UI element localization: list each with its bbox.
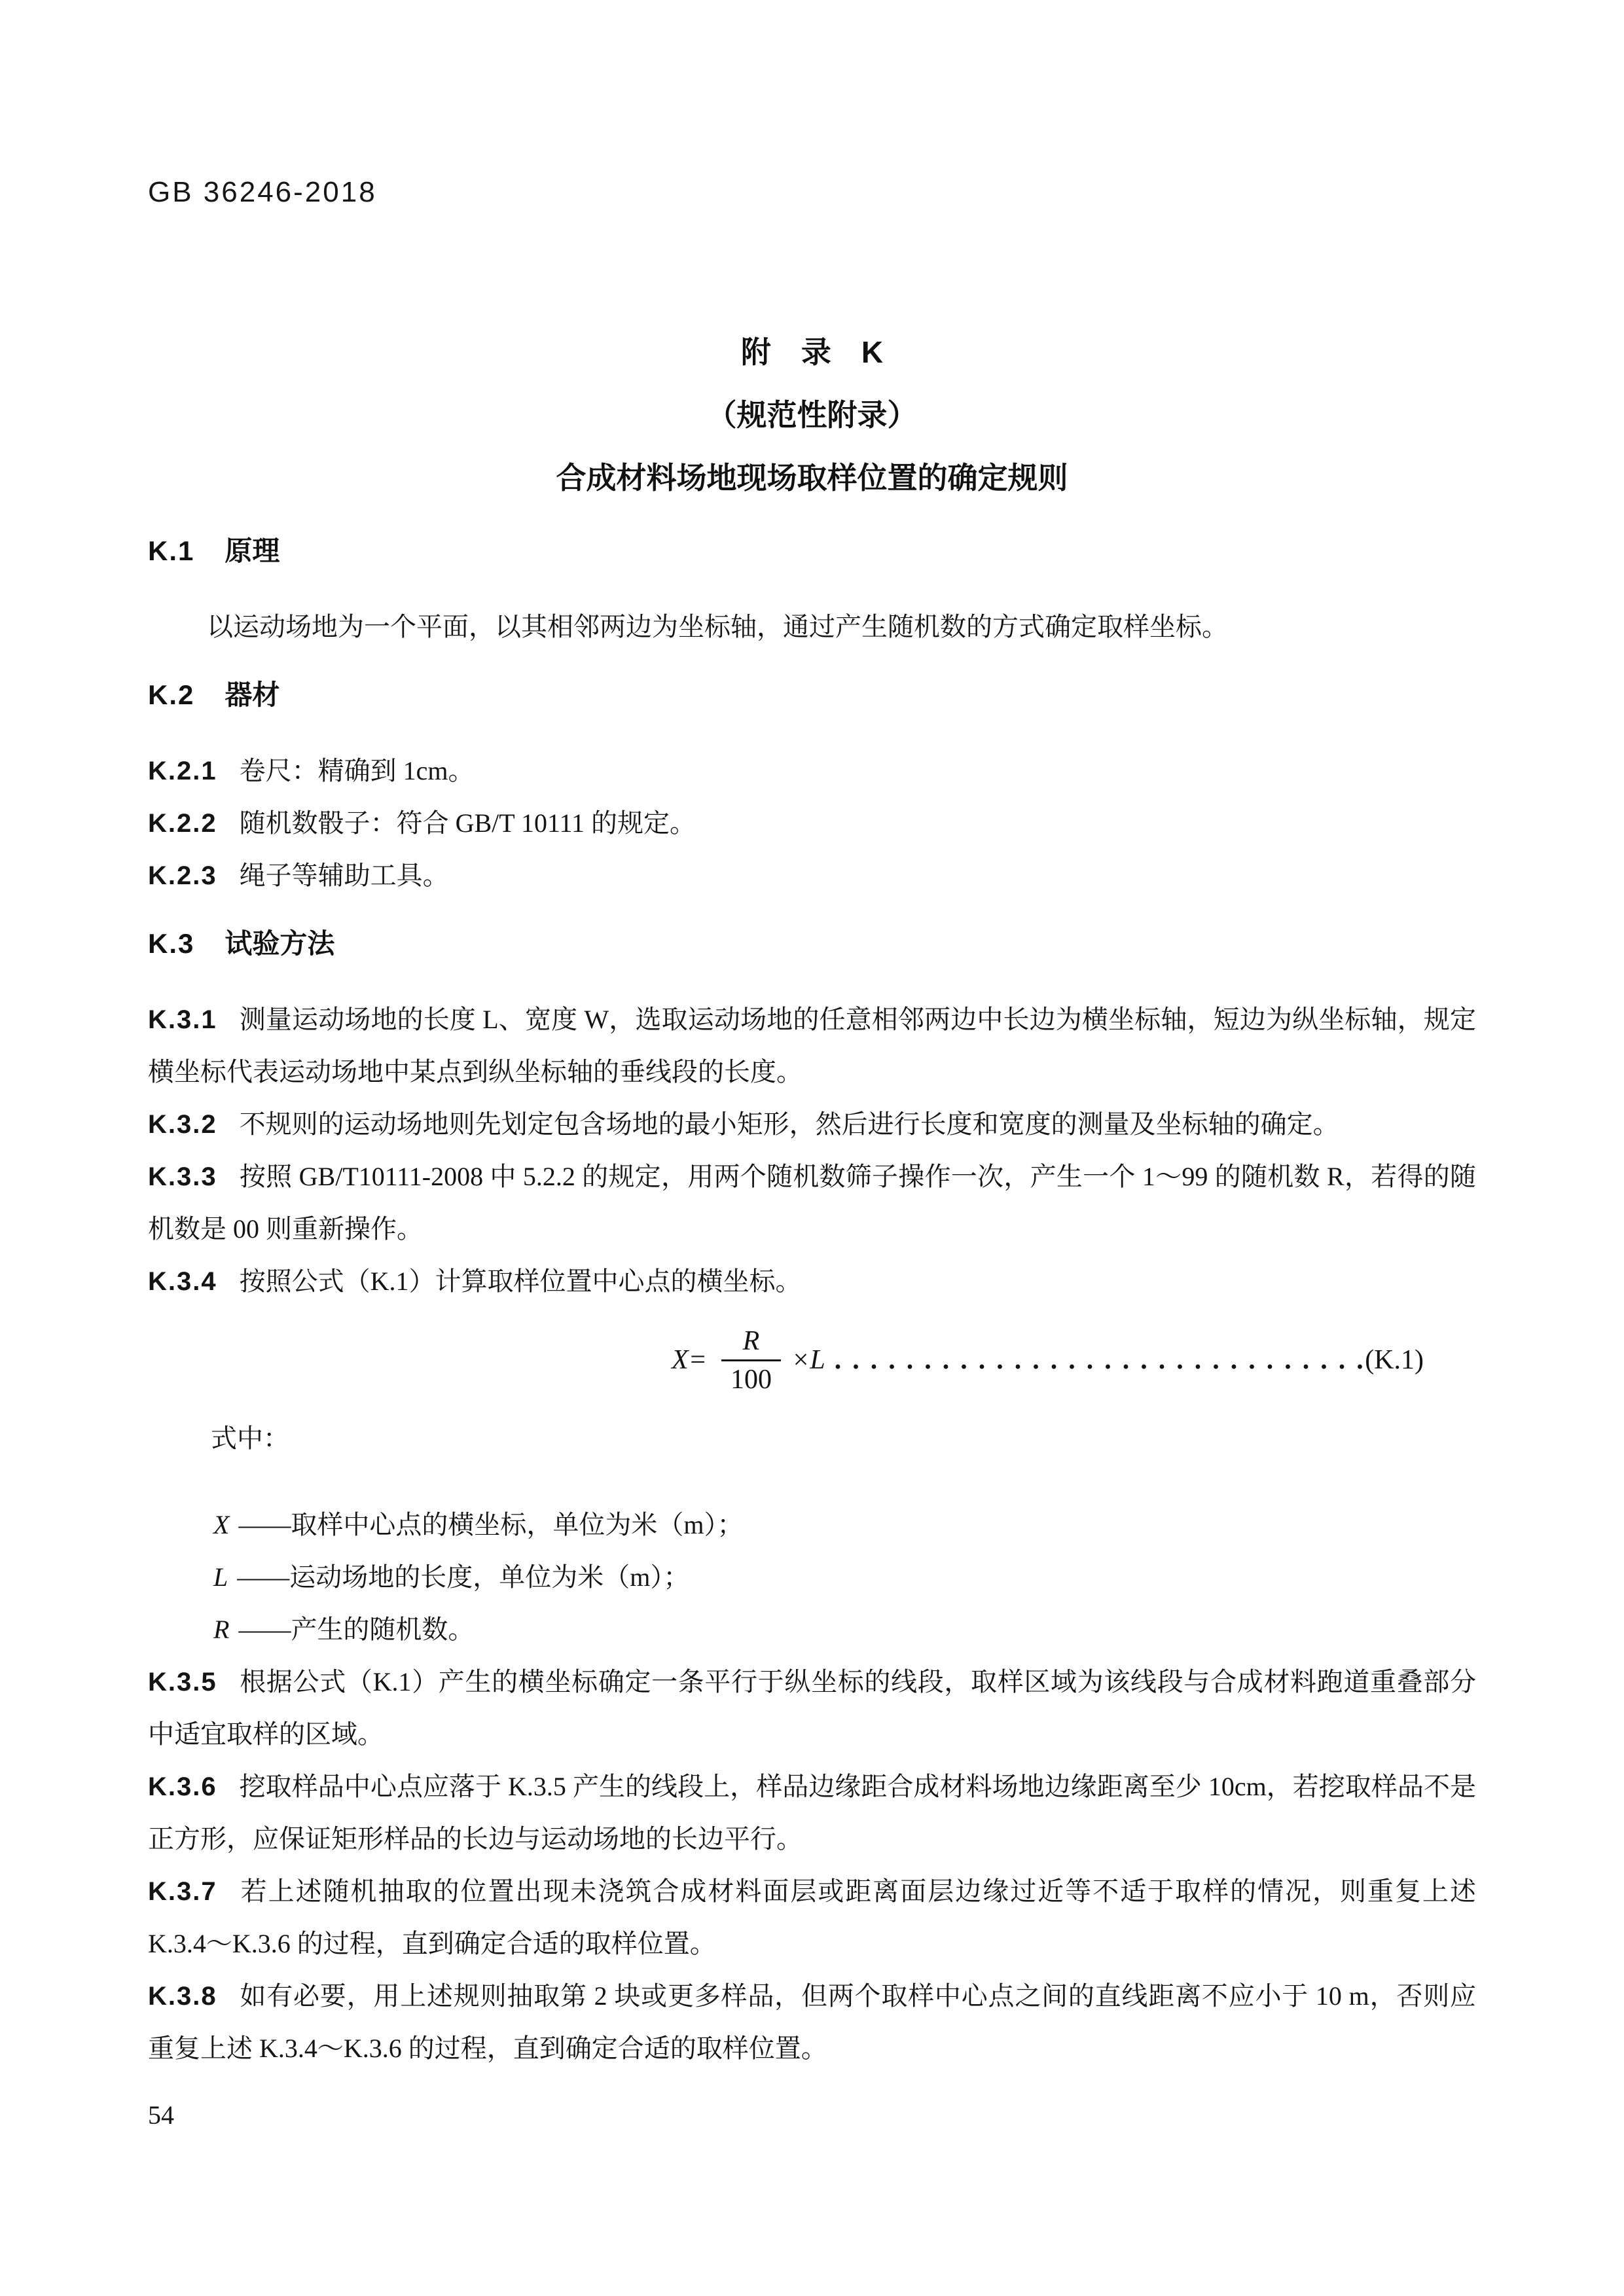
clause-number: K.3.5 xyxy=(148,1668,217,1696)
formula-numerator: R xyxy=(734,1323,769,1359)
section-title: 原理 xyxy=(225,535,280,566)
section-number: K.3 xyxy=(148,928,194,959)
formula-fraction: R 100 xyxy=(721,1323,781,1398)
page-number: 54 xyxy=(148,2098,1476,2132)
clause-text: 按照公式（K.1）计算取样位置中心点的横坐标。 xyxy=(240,1266,802,1296)
clause-number: K.3.8 xyxy=(148,1982,217,2011)
section-heading-k2: K.2器材 xyxy=(148,677,1476,713)
standard-code: GB 36246-2018 xyxy=(148,175,1476,209)
clause-number: K.3.3 xyxy=(148,1162,217,1191)
clause-k32: K.3.2不规则的运动场地则先划定包含场地的最小矩形，然后进行长度和宽度的测量及… xyxy=(148,1098,1476,1151)
clause-k1-paragraph: 以运动场地为一个平面，以其相邻两边为坐标轴，通过产生随机数的方式确定取样坐标。 xyxy=(148,601,1476,653)
clause-k33: K.3.3按照 GB/T10111-2008 中 5.2.2 的规定，用两个随机… xyxy=(148,1151,1476,1255)
clause-k31: K.3.1测量运动场地的长度 L、宽度 W，选取运动场地的任意相邻两边中长边为横… xyxy=(148,994,1476,1098)
variable-definition-r: R——产生的随机数。 xyxy=(148,1604,1476,1656)
clause-text: 测量运动场地的长度 L、宽度 W，选取运动场地的任意相邻两边中长边为横坐标轴，短… xyxy=(148,1005,1476,1086)
clause-number: K.3.7 xyxy=(148,1877,217,1906)
document-page: GB 36246-2018 附 录 K （规范性附录） 合成材料场地现场取样位置… xyxy=(0,0,1624,2296)
clause-number: K.2.3 xyxy=(148,861,217,890)
section-title: 试验方法 xyxy=(225,928,334,959)
clause-text: 以运动场地为一个平面，以其相邻两边为坐标轴，通过产生随机数的方式确定取样坐标。 xyxy=(207,612,1228,641)
clause-k37: K.3.7若上述随机抽取的位置出现未浇筑合成材料面层或距离面层边缘过近等不适于取… xyxy=(148,1865,1476,1970)
clause-text: 绳子等辅助工具。 xyxy=(240,861,449,890)
clause-k22: K.2.2随机数骰子：符合 GB/T 10111 的规定。 xyxy=(148,797,1476,850)
appendix-heading: 附 录 K xyxy=(148,321,1476,384)
appendix-title-block: 附 录 K （规范性附录） 合成材料场地现场取样位置的确定规则 xyxy=(148,321,1476,509)
variable-symbol: L xyxy=(213,1562,228,1592)
variable-description: ——取样中心点的横坐标，单位为米（m）； xyxy=(238,1510,743,1539)
clause-number: K.3.4 xyxy=(148,1267,217,1296)
appendix-type: （规范性附录） xyxy=(148,384,1476,446)
formula-multiplier: ×L xyxy=(791,1344,825,1376)
clause-text: 若上述随机抽取的位置出现未浇筑合成材料面层或距离面层边缘过近等不适于取样的情况，… xyxy=(148,1876,1476,1958)
variable-definition-l: L——运动场地的长度，单位为米（m）； xyxy=(148,1551,1476,1604)
clause-k38: K.3.8如有必要，用上述规则抽取第 2 块或更多样品，但两个取样中心点之间的直… xyxy=(148,1970,1476,2075)
clause-text: 卷尺：精确到 1cm。 xyxy=(240,756,475,785)
clause-text: 随机数骰子：符合 GB/T 10111 的规定。 xyxy=(240,808,696,838)
clause-number: K.2.2 xyxy=(148,809,217,838)
formula-denominator: 100 xyxy=(721,1361,781,1398)
clause-text: 如有必要，用上述规则抽取第 2 块或更多样品，但两个取样中心点之间的直线距离不应… xyxy=(148,1981,1476,2063)
variable-description: ——运动场地的长度，单位为米（m）； xyxy=(237,1562,689,1592)
section-number: K.1 xyxy=(148,535,194,566)
section-title: 器材 xyxy=(225,679,280,710)
section-number: K.2 xyxy=(148,679,194,710)
clause-number: K.3.6 xyxy=(148,1772,217,1801)
variable-symbol: R xyxy=(213,1615,229,1644)
clause-text: 按照 GB/T10111-2008 中 5.2.2 的规定，用两个随机数筛子操作… xyxy=(148,1162,1476,1244)
formula-k1: X= R 100 ×L ............................… xyxy=(148,1308,1476,1412)
clause-text: 挖取样品中心点应落于 K.3.5 产生的线段上，样品边缘距合成材料场地边缘距离至… xyxy=(148,1772,1476,1854)
section-heading-k1: K.1原理 xyxy=(148,533,1476,569)
clause-k34: K.3.4按照公式（K.1）计算取样位置中心点的横坐标。 xyxy=(148,1255,1476,1308)
appendix-name: 合成材料场地现场取样位置的确定规则 xyxy=(148,446,1476,509)
where-label: 式中： xyxy=(148,1412,1476,1465)
clause-number: K.3.1 xyxy=(148,1005,217,1034)
clause-number: K.3.2 xyxy=(148,1110,217,1139)
clause-k35: K.3.5根据公式（K.1）产生的横坐标确定一条平行于纵坐标的线段，取样区域为该… xyxy=(148,1656,1476,1761)
clause-text: 不规则的运动场地则先划定包含场地的最小矩形，然后进行长度和宽度的测量及坐标轴的确… xyxy=(240,1109,1339,1139)
clause-k21: K.2.1卷尺：精确到 1cm。 xyxy=(148,745,1476,797)
formula-lhs: X= xyxy=(672,1344,707,1376)
clause-text: 根据公式（K.1）产生的横坐标确定一条平行于纵坐标的线段，取样区域为该线段与合成… xyxy=(148,1667,1476,1749)
section-heading-k3: K.3试验方法 xyxy=(148,925,1476,962)
clause-number: K.2.1 xyxy=(148,757,217,785)
clause-k23: K.2.3绳子等辅助工具。 xyxy=(148,850,1476,902)
variable-definition-x: X——取样中心点的横坐标，单位为米（m）； xyxy=(148,1499,1476,1551)
clause-k36: K.3.6挖取样品中心点应落于 K.3.5 产生的线段上，样品边缘距合成材料场地… xyxy=(148,1761,1476,1865)
formula-dot-leader: ........................................ xyxy=(825,1344,1365,1376)
formula-label: (K.1) xyxy=(1365,1344,1424,1376)
variable-symbol: X xyxy=(213,1510,229,1539)
variable-description: ——产生的随机数。 xyxy=(238,1615,474,1644)
